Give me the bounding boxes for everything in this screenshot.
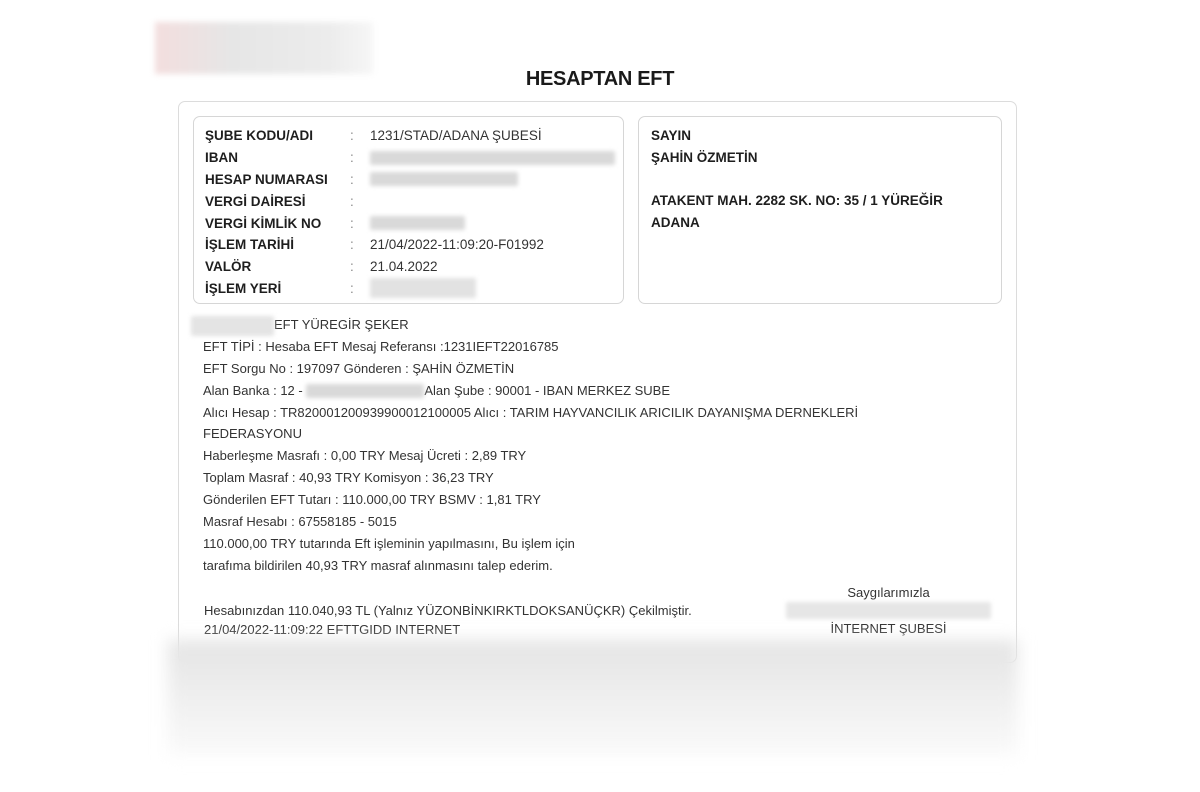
detail-line: Haberleşme Masrafı : 0,00 TRY Mesaj Ücre…: [203, 445, 858, 467]
account-info-list: ŞUBE KODU/ADI : 1231/STAD/ADANA ŞUBESİ I…: [205, 125, 615, 299]
receiving-bank-redacted: [306, 384, 424, 398]
field-label: HESAP NUMARASI: [205, 172, 350, 187]
transaction-place-redacted: [370, 278, 476, 298]
closing-text: Saygılarımızla: [786, 584, 991, 602]
signature-row: [786, 602, 991, 620]
signature-block: Saygılarımızla İNTERNET ŞUBESİ: [786, 584, 991, 638]
receiving-bank-label: Alan Banka : 12 -: [203, 383, 303, 398]
value-date-value: 21.04.2022: [370, 259, 438, 274]
withdrawal-info: Hesabınızdan 110.040,93 TL (Yalnız YÜZON…: [204, 602, 692, 639]
recipient-name: ŞAHİN ÖZMETİN: [651, 147, 943, 169]
account-info-row: İŞLEM YERİ :: [205, 278, 615, 300]
field-label: VERGİ KİMLİK NO: [205, 216, 350, 231]
account-info-row: VERGİ DAİRESİ :: [205, 190, 615, 212]
detail-line: Gönderilen EFT Tutarı : 110.000,00 TRY B…: [203, 489, 858, 511]
field-separator: :: [350, 259, 370, 274]
field-separator: :: [350, 237, 370, 252]
receiving-branch: Alan Şube : 90001 - IBAN MERKEZ SUBE: [424, 383, 670, 398]
spacer: [651, 169, 943, 191]
account-number-redacted: [370, 172, 518, 186]
field-label: VERGİ DAİRESİ: [205, 194, 350, 209]
account-info-row: İŞLEM TARİHİ : 21/04/2022-11:09:20-F0199…: [205, 234, 615, 256]
description-line: EFT YÜREGİR ŞEKER: [203, 314, 858, 336]
recipient-info: SAYIN ŞAHİN ÖZMETİN ATAKENT MAH. 2282 SK…: [651, 125, 943, 234]
branch-code-value: 1231/STAD/ADANA ŞUBESİ: [370, 128, 542, 143]
account-info-row: ŞUBE KODU/ADI : 1231/STAD/ADANA ŞUBESİ: [205, 125, 615, 147]
salutation: SAYIN: [651, 125, 943, 147]
field-label: IBAN: [205, 150, 350, 165]
detail-line: Alan Banka : 12 - Alan Şube : 90001 - IB…: [203, 380, 858, 402]
field-separator: :: [350, 194, 370, 209]
detail-line: Toplam Masraf : 40,93 TRY Komisyon : 36,…: [203, 467, 858, 489]
iban-redacted: [370, 151, 615, 165]
address-line-2: ADANA: [651, 212, 943, 234]
detail-line: FEDERASYONU: [203, 423, 858, 445]
branch-name: İNTERNET ŞUBESİ: [786, 620, 991, 638]
transaction-details: EFT YÜREGİR ŞEKER EFT TİPİ : Hesaba EFT …: [203, 314, 858, 577]
field-separator: :: [350, 128, 370, 143]
description-text: EFT YÜREGİR ŞEKER: [274, 317, 409, 332]
account-info-row: VALÖR : 21.04.2022: [205, 256, 615, 278]
field-label: İŞLEM YERİ: [205, 281, 350, 296]
account-info-row: HESAP NUMARASI :: [205, 169, 615, 191]
detail-line: EFT TİPİ : Hesaba EFT Mesaj Referansı :1…: [203, 336, 858, 358]
field-separator: :: [350, 150, 370, 165]
account-info-row: VERGİ KİMLİK NO :: [205, 212, 615, 234]
field-separator: :: [350, 216, 370, 231]
detail-line: Alıcı Hesap : TR820001200939900012100005…: [203, 402, 858, 424]
detail-line: EFT Sorgu No : 197097 Gönderen : ŞAHİN Ö…: [203, 358, 858, 380]
bottom-redacted-area: [168, 640, 1018, 755]
detail-line: Masraf Hesabı : 67558185 - 5015: [203, 511, 858, 533]
signature-redacted: [786, 602, 991, 619]
description-prefix-redacted: [191, 316, 274, 336]
field-label: VALÖR: [205, 259, 350, 274]
timestamp-line: 21/04/2022-11:09:22 EFTTGIDD INTERNET: [204, 621, 692, 640]
address-line-1: ATAKENT MAH. 2282 SK. NO: 35 / 1 YÜREĞİR: [651, 190, 943, 212]
account-info-row: IBAN :: [205, 147, 615, 169]
tax-id-redacted: [370, 216, 465, 230]
field-separator: :: [350, 281, 370, 296]
field-label: İŞLEM TARİHİ: [205, 237, 350, 252]
document-title: HESAPTAN EFT: [0, 68, 1200, 91]
field-label: ŞUBE KODU/ADI: [205, 128, 350, 143]
detail-line: 110.000,00 TRY tutarında Eft işleminin y…: [203, 533, 858, 555]
bank-logo-redacted: [155, 22, 373, 74]
transaction-date-value: 21/04/2022-11:09:20-F01992: [370, 237, 544, 252]
detail-line: tarafıma bildirilen 40,93 TRY masraf alı…: [203, 555, 858, 577]
field-separator: :: [350, 172, 370, 187]
withdrawal-text: Hesabınızdan 110.040,93 TL (Yalnız YÜZON…: [204, 602, 692, 621]
